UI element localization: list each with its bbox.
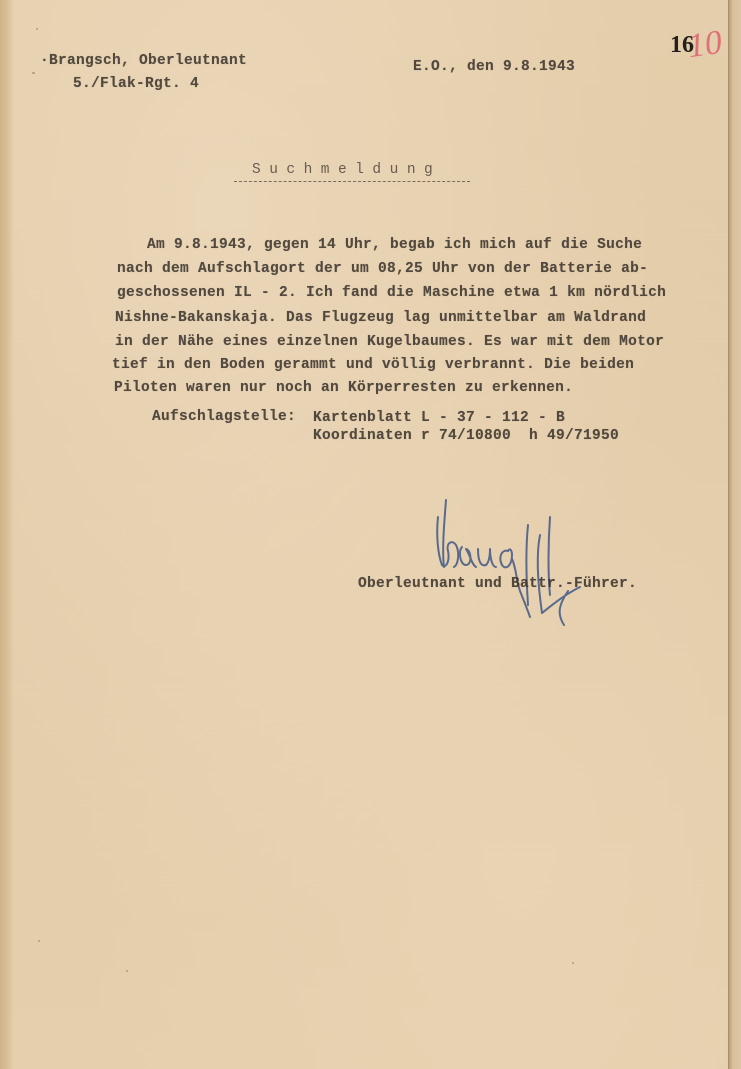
- impact-site-coordinates: Koordinaten r 74/10800 h 49/71950: [313, 428, 619, 444]
- impact-site-map-sheet: Kartenblatt L - 37 - 112 - B: [313, 410, 565, 426]
- paper-speck: [32, 72, 35, 74]
- body-line: Nishne-Bakanskaja. Das Flugzeug lag unmi…: [115, 310, 646, 326]
- body-line: tief in den Boden gerammt und völlig ver…: [112, 357, 634, 373]
- paper-right-edge: [728, 0, 741, 1069]
- body-line: in der Nähe eines einzelnen Kugelbaumes.…: [115, 334, 664, 350]
- page-number-red-annotation: 10: [686, 24, 725, 66]
- signature-title: Oberleutnant und Battr.-Führer.: [358, 576, 637, 592]
- paper-speck: [572, 962, 574, 964]
- body-line: geschossenen IL - 2. Ich fand die Maschi…: [117, 285, 666, 301]
- paper-left-edge: [0, 0, 14, 1069]
- title-underline: [234, 181, 470, 182]
- place-date: E.O., den 9.8.1943: [413, 59, 575, 75]
- impact-site-label: Aufschlagstelle:: [152, 409, 296, 425]
- paper-speck: [36, 28, 38, 30]
- body-line: Piloten waren nur noch an Körperresten z…: [114, 380, 573, 396]
- body-line: nach dem Aufschlagort der um 08,25 Uhr v…: [117, 261, 648, 277]
- document-page: ·Brangsch, Oberleutnant 5./Flak-Rgt. 4 E…: [0, 0, 741, 1069]
- paper-speck: [126, 970, 128, 972]
- body-line: Am 9.8.1943, gegen 14 Uhr, begab ich mic…: [147, 237, 642, 253]
- document-title: Suchmeldung: [252, 162, 441, 178]
- sender-unit-line: 5./Flak-Rgt. 4: [73, 76, 199, 92]
- sender-name-line: ·Brangsch, Oberleutnant: [40, 53, 247, 69]
- paper-speck: [38, 940, 40, 942]
- handwritten-signature: [432, 495, 592, 635]
